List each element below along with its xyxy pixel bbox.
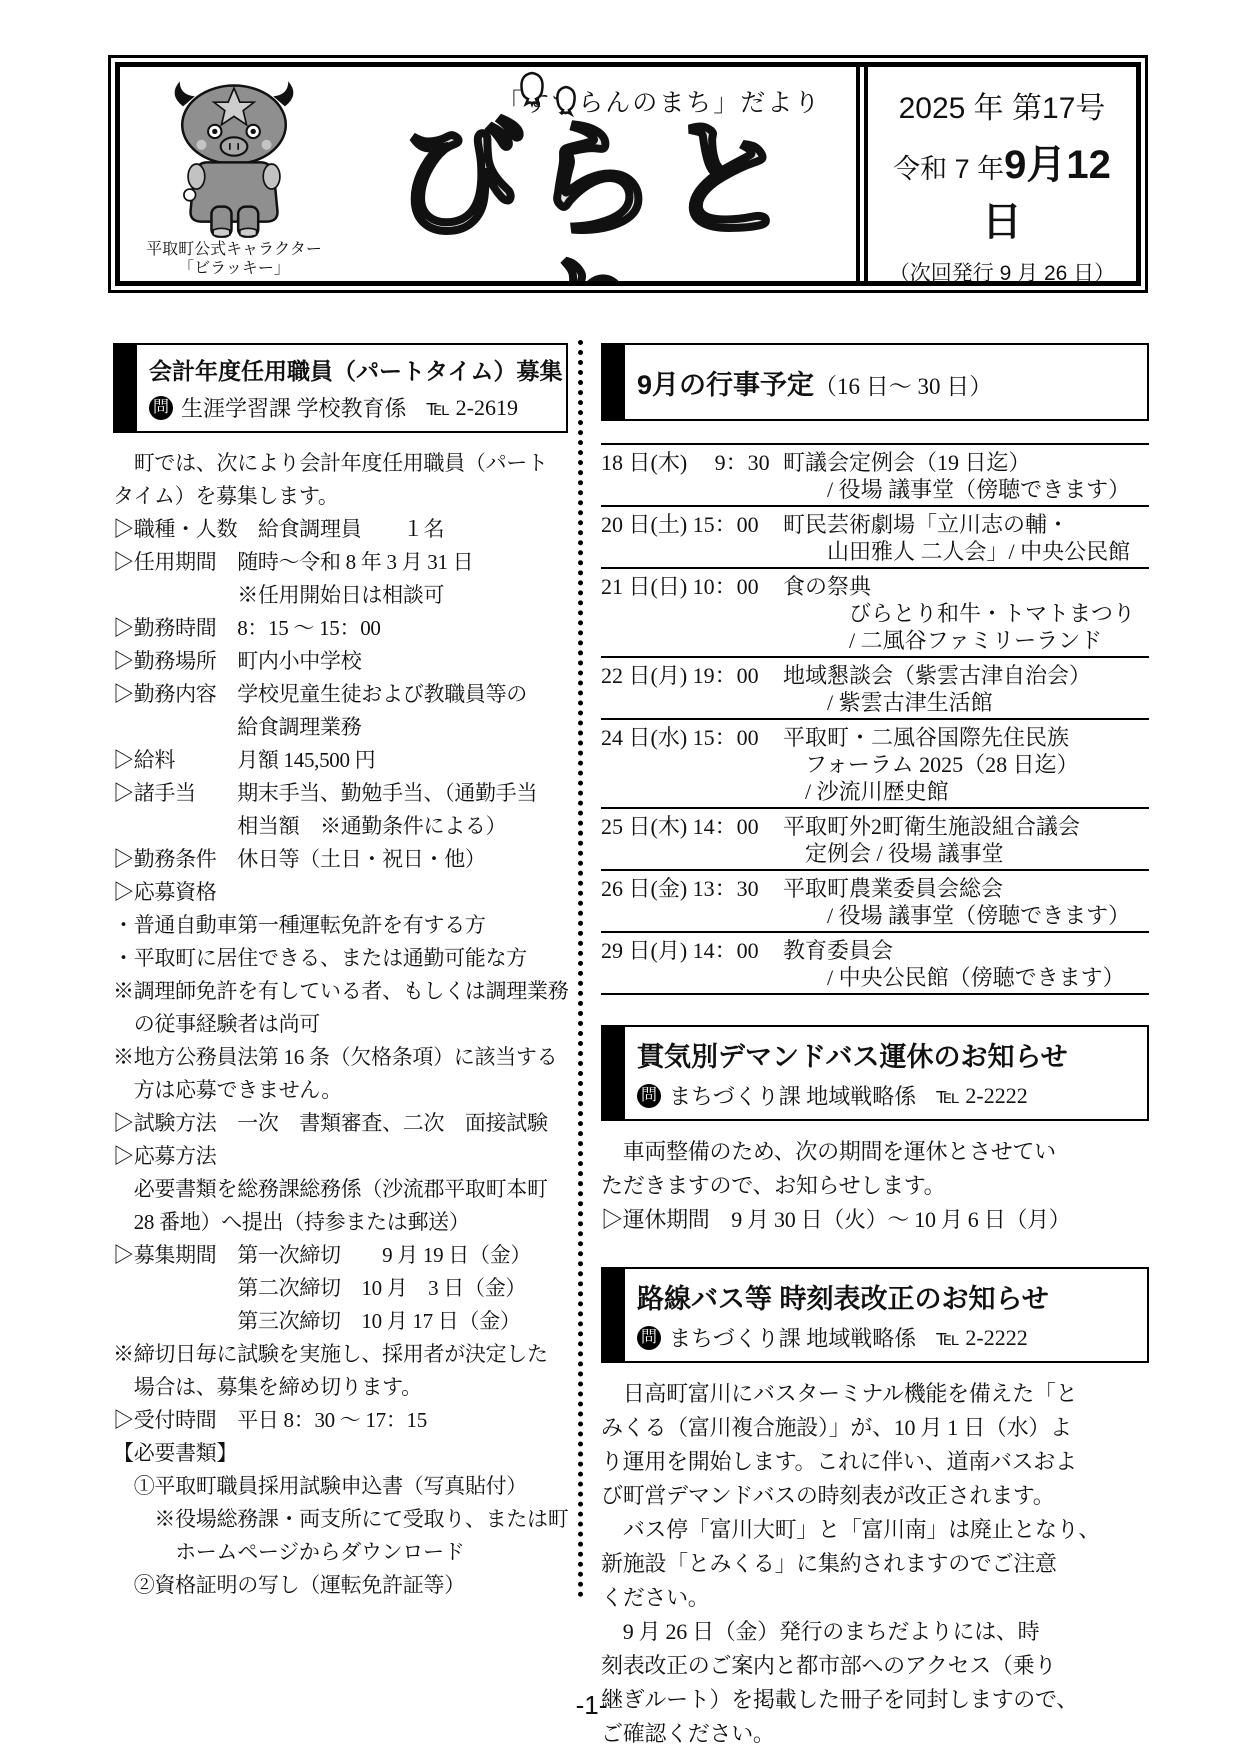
body-line: ▷試験方法 一次 書類審査、二次 面接試験 xyxy=(113,1107,568,1140)
body-line: ▷諸手当 期末手当、勤勉手当、（通勤手当 xyxy=(113,777,568,810)
bus-suspension-body: 車両整備のため、次の期間を運休とさせていただきますので、お知らせします。▷運休期… xyxy=(601,1135,1149,1237)
mascot-caption-line2: 「ビラッキー」 xyxy=(146,259,322,278)
column-divider xyxy=(578,340,583,1598)
schedule-row: 21 日(日) 10：00 食の祭典 びらとり和牛・トマトまつり / 二風谷ファ… xyxy=(601,569,1149,658)
right-column: 9月の行事予定（16 日～ 30 日） 18 日(木) 9：30 町議会定例会（… xyxy=(601,343,1149,1751)
schedule-datetime: 21 日(日) 10：00 xyxy=(601,573,783,654)
next-issue-date: （次回発行 9 月 26 日） xyxy=(874,257,1130,286)
mascot-caption: 平取町公式キャラクター 「ビラッキー」 xyxy=(146,240,322,278)
schedule-datetime: 24 日(水) 15：00 xyxy=(601,724,783,805)
schedule-title-range: （16 日～ 30 日） xyxy=(814,374,992,399)
schedule-row: 24 日(水) 15：00 平取町・二風谷国際先住民族 フォーラム 2025（2… xyxy=(601,720,1149,809)
body-line: ※締切日毎に試験を実施し、採用者が決定した xyxy=(113,1338,568,1371)
body-line: ※役場総務課・両支所にて受取り、または町 xyxy=(113,1503,568,1536)
schedule-description: 食の祭典 びらとり和牛・トマトまつり / 二風谷ファミリーランド xyxy=(783,573,1149,654)
body-line: 町では、次により会計年度任用職員（パート xyxy=(113,447,568,480)
contact-tel: ℡ 2-2222 xyxy=(936,1083,1027,1109)
masthead: 平取町公式キャラクター 「ビラッキー」 「すずらんのまち」だより びらとり 20… xyxy=(108,55,1148,293)
body-line: バス停「富川大町」と「富川南」は廃止となり、 xyxy=(601,1513,1149,1547)
body-line: ※任用開始日は相談可 xyxy=(113,579,568,612)
mascot-caption-line1: 平取町公式キャラクター xyxy=(146,240,322,259)
issue-number: 2025 年 第17号 xyxy=(874,83,1130,127)
section-header-bar xyxy=(603,345,625,419)
section-timetable-contact: 問 まちづくり課 地域戦略係 ℡ 2-2222 xyxy=(637,1322,1141,1353)
contact-department: まちづくり課 地域戦略係 xyxy=(669,1322,916,1353)
section-recruitment-title: 会計年度任用職員（パートタイム）募集 xyxy=(149,353,560,386)
body-line: 28 番地）へ提出（持参または郵送） xyxy=(113,1206,568,1239)
section-header-bar xyxy=(603,1027,625,1119)
schedule-description: 平取町外2町衛生施設組合議会 定例会 / 役場 議事堂 xyxy=(783,813,1149,867)
body-line: ▷募集期間 第一次締切 9 月 19 日（金） xyxy=(113,1239,568,1272)
body-line: ・普通自動車第一種運転免許を有する方 xyxy=(113,909,568,942)
section-recruitment-header: 会計年度任用職員（パートタイム）募集 問 生涯学習課 学校教育係 ℡ 2-261… xyxy=(113,343,568,433)
schedule-description: 平取町農業委員会総会 / 役場 議事堂（傍聴できます） xyxy=(783,875,1149,929)
body-line: 【必要書類】 xyxy=(113,1437,568,1470)
title-area: 「すずらんのまち」だより びらとり xyxy=(338,67,856,281)
body-line: 必要書類を総務課総務係（沙流郡平取町本町 xyxy=(113,1173,568,1206)
section-recruitment-contact: 問 生涯学習課 学校教育係 ℡ 2-2619 xyxy=(149,392,560,423)
schedule-description: 町議会定例会（19 日迄） / 役場 議事堂（傍聴できます） xyxy=(783,449,1149,503)
body-line: ホームページからダウンロード xyxy=(113,1536,568,1569)
mascot-bilacky-illustration xyxy=(148,73,320,240)
schedule-datetime: 25 日(木) 14：00 xyxy=(601,813,783,867)
body-line: ▷応募資格 xyxy=(113,876,568,909)
body-line: ▷勤務時間 8：15 ～ 15：00 xyxy=(113,612,568,645)
event-schedule-table: 18 日(木) 9：30 町議会定例会（19 日迄） / 役場 議事堂（傍聴でき… xyxy=(601,443,1149,995)
schedule-title-text: 9月の行事予定 xyxy=(637,370,814,400)
mascot-area: 平取町公式キャラクター 「ビラッキー」 xyxy=(120,67,338,281)
section-bus-suspension-title: 貫気別デマンドバス運休のお知らせ xyxy=(637,1035,1141,1074)
body-line: ▷勤務条件 休日等（土日・祝日・他） xyxy=(113,843,568,876)
body-line: 方は応募できません。 xyxy=(113,1074,568,1107)
body-line: 給食調理業務 xyxy=(113,711,568,744)
body-line: ▷運休期間 9 月 30 日（火）～ 10 月 6 日（月） xyxy=(601,1203,1149,1237)
inquiry-icon: 問 xyxy=(637,1084,661,1108)
body-line: ▷職種・人数 給食調理員 １名 xyxy=(113,513,568,546)
section-timetable-header: 路線バス等 時刻表改正のお知らせ 問 まちづくり課 地域戦略係 ℡ 2-2222 xyxy=(601,1267,1149,1363)
contact-department: まちづくり課 地域戦略係 xyxy=(669,1080,916,1111)
schedule-description: 地域懇談会（紫雲古津自治会） / 紫雲古津生活館 xyxy=(783,662,1149,716)
body-line: タイム）を募集します。 xyxy=(113,480,568,513)
inquiry-icon: 問 xyxy=(637,1326,661,1350)
body-line: ※調理師免許を有している者、もしくは調理業務 xyxy=(113,975,568,1008)
body-line: ①平取町職員採用試験申込書（写真貼付） xyxy=(113,1470,568,1503)
body-line: び町営デマンドバスの時刻表が改正されます。 xyxy=(601,1479,1149,1513)
body-line: ・平取町に居住できる、または通勤可能な方 xyxy=(113,942,568,975)
body-line: ②資格証明の写し（運転免許証等） xyxy=(113,1569,568,1602)
body-line: ただきますので、お知らせします。 xyxy=(601,1169,1149,1203)
newsletter-page: 平取町公式キャラクター 「ビラッキー」 「すずらんのまち」だより びらとり 20… xyxy=(0,0,1253,1754)
schedule-description: 教育委員会 / 中央公民館（傍聴できます） xyxy=(783,937,1149,991)
body-line: 第三次締切 10 月 17 日（金） xyxy=(113,1305,568,1338)
contact-department: 生涯学習課 学校教育係 xyxy=(181,392,407,423)
section-bus-suspension-contact: 問 まちづくり課 地域戦略係 ℡ 2-2222 xyxy=(637,1080,1141,1111)
body-line: 新施設「とみくる」に集約されますのでご注意 xyxy=(601,1547,1149,1581)
body-line: ※地方公務員法第 16 条（欠格条項）に該当する xyxy=(113,1041,568,1074)
body-line: の従事経験者は尚可 xyxy=(113,1008,568,1041)
section-timetable-title: 路線バス等 時刻表改正のお知らせ xyxy=(637,1277,1141,1316)
schedule-datetime: 26 日(金) 13：30 xyxy=(601,875,783,929)
body-line: ▷任用期間 随時～令和 8 年 3 月 31 日 xyxy=(113,546,568,579)
body-line: 場合は、募集を締め切ります。 xyxy=(113,1371,568,1404)
section-schedule-title: 9月の行事予定（16 日～ 30 日） xyxy=(637,363,1141,402)
body-line: 車両整備のため、次の期間を運休とさせてい xyxy=(601,1135,1149,1169)
schedule-row: 18 日(木) 9：30 町議会定例会（19 日迄） / 役場 議事堂（傍聴でき… xyxy=(601,445,1149,507)
recruitment-body: 町では、次により会計年度任用職員（パートタイム）を募集します。▷職種・人数 給食… xyxy=(113,447,568,1602)
body-line: り運用を開始します。これに伴い、道南バスおよ xyxy=(601,1445,1149,1479)
issue-info: 2025 年 第17号 令和 7 年9月12日 （次回発行 9 月 26 日） … xyxy=(868,67,1136,281)
newsletter-title: びらとり xyxy=(338,111,856,286)
contact-tel: ℡ 2-2619 xyxy=(427,395,518,421)
body-line: ご確認ください。 xyxy=(601,1717,1149,1751)
section-header-bar xyxy=(603,1269,625,1361)
section-bus-suspension-header: 貫気別デマンドバス運休のお知らせ 問 まちづくり課 地域戦略係 ℡ 2-2222 xyxy=(601,1025,1149,1121)
schedule-row: 26 日(金) 13：30 平取町農業委員会総会 / 役場 議事堂（傍聴できます… xyxy=(601,871,1149,933)
schedule-row: 20 日(土) 15：00 町民芸術劇場「立川志の輔・ 山田雅人 二人会」/ 中… xyxy=(601,507,1149,569)
schedule-row: 22 日(月) 19：00 地域懇談会（紫雲古津自治会） / 紫雲古津生活館 xyxy=(601,658,1149,720)
section-schedule-header: 9月の行事予定（16 日～ 30 日） xyxy=(601,343,1149,421)
body-line: みくる（富川複合施設）」が、10 月 1 日（水）よ xyxy=(601,1411,1149,1445)
schedule-datetime: 22 日(月) 19：00 xyxy=(601,662,783,716)
issue-date-era: 令和 7 年 xyxy=(893,154,1004,184)
schedule-row: 29 日(月) 14：00 教育委員会 / 中央公民館（傍聴できます） xyxy=(601,933,1149,995)
schedule-datetime: 29 日(月) 14：00 xyxy=(601,937,783,991)
schedule-datetime: 18 日(木) 9：30 xyxy=(601,449,783,503)
body-line: ▷勤務場所 町内小中学校 xyxy=(113,645,568,678)
body-line: 刻表改正のご案内と都市部へのアクセス（乗り xyxy=(601,1649,1149,1683)
body-line: ください。 xyxy=(601,1581,1149,1615)
body-line: ▷受付時間 平日 8：30 ～ 17：15 xyxy=(113,1404,568,1437)
page-number: -1- xyxy=(0,1690,1183,1721)
body-line: ▷勤務内容 学校児童生徒および教職員等の xyxy=(113,678,568,711)
inquiry-icon: 問 xyxy=(149,396,173,420)
masthead-inner: 平取町公式キャラクター 「ビラッキー」 「すずらんのまち」だより びらとり 20… xyxy=(115,62,1141,286)
body-line: 相当額 ※通勤条件による） xyxy=(113,810,568,843)
schedule-description: 町民芸術劇場「立川志の輔・ 山田雅人 二人会」/ 中央公民館 xyxy=(783,511,1149,565)
body-line: 日高町富川にバスターミナル機能を備えた「と xyxy=(601,1377,1149,1411)
schedule-row: 25 日(木) 14：00 平取町外2町衛生施設組合議会 定例会 / 役場 議事… xyxy=(601,809,1149,871)
body-line: ▷応募方法 xyxy=(113,1140,568,1173)
body-line: 9 月 26 日（金）発行のまちだよりには、時 xyxy=(601,1615,1149,1649)
left-column: 会計年度任用職員（パートタイム）募集 問 生涯学習課 学校教育係 ℡ 2-261… xyxy=(113,343,568,1602)
schedule-description: 平取町・二風谷国際先住民族 フォーラム 2025（28 日迄） / 沙流川歴史館 xyxy=(783,724,1149,805)
body-line: ▷給料 月額 145,500 円 xyxy=(113,744,568,777)
contact-tel: ℡ 2-2222 xyxy=(936,1325,1027,1351)
schedule-datetime: 20 日(土) 15：00 xyxy=(601,511,783,565)
body-line: 第二次締切 10 月 3 日（金） xyxy=(113,1272,568,1305)
issue-date: 令和 7 年9月12日 xyxy=(874,133,1130,247)
masthead-divider xyxy=(856,67,868,281)
section-header-bar xyxy=(115,345,137,431)
